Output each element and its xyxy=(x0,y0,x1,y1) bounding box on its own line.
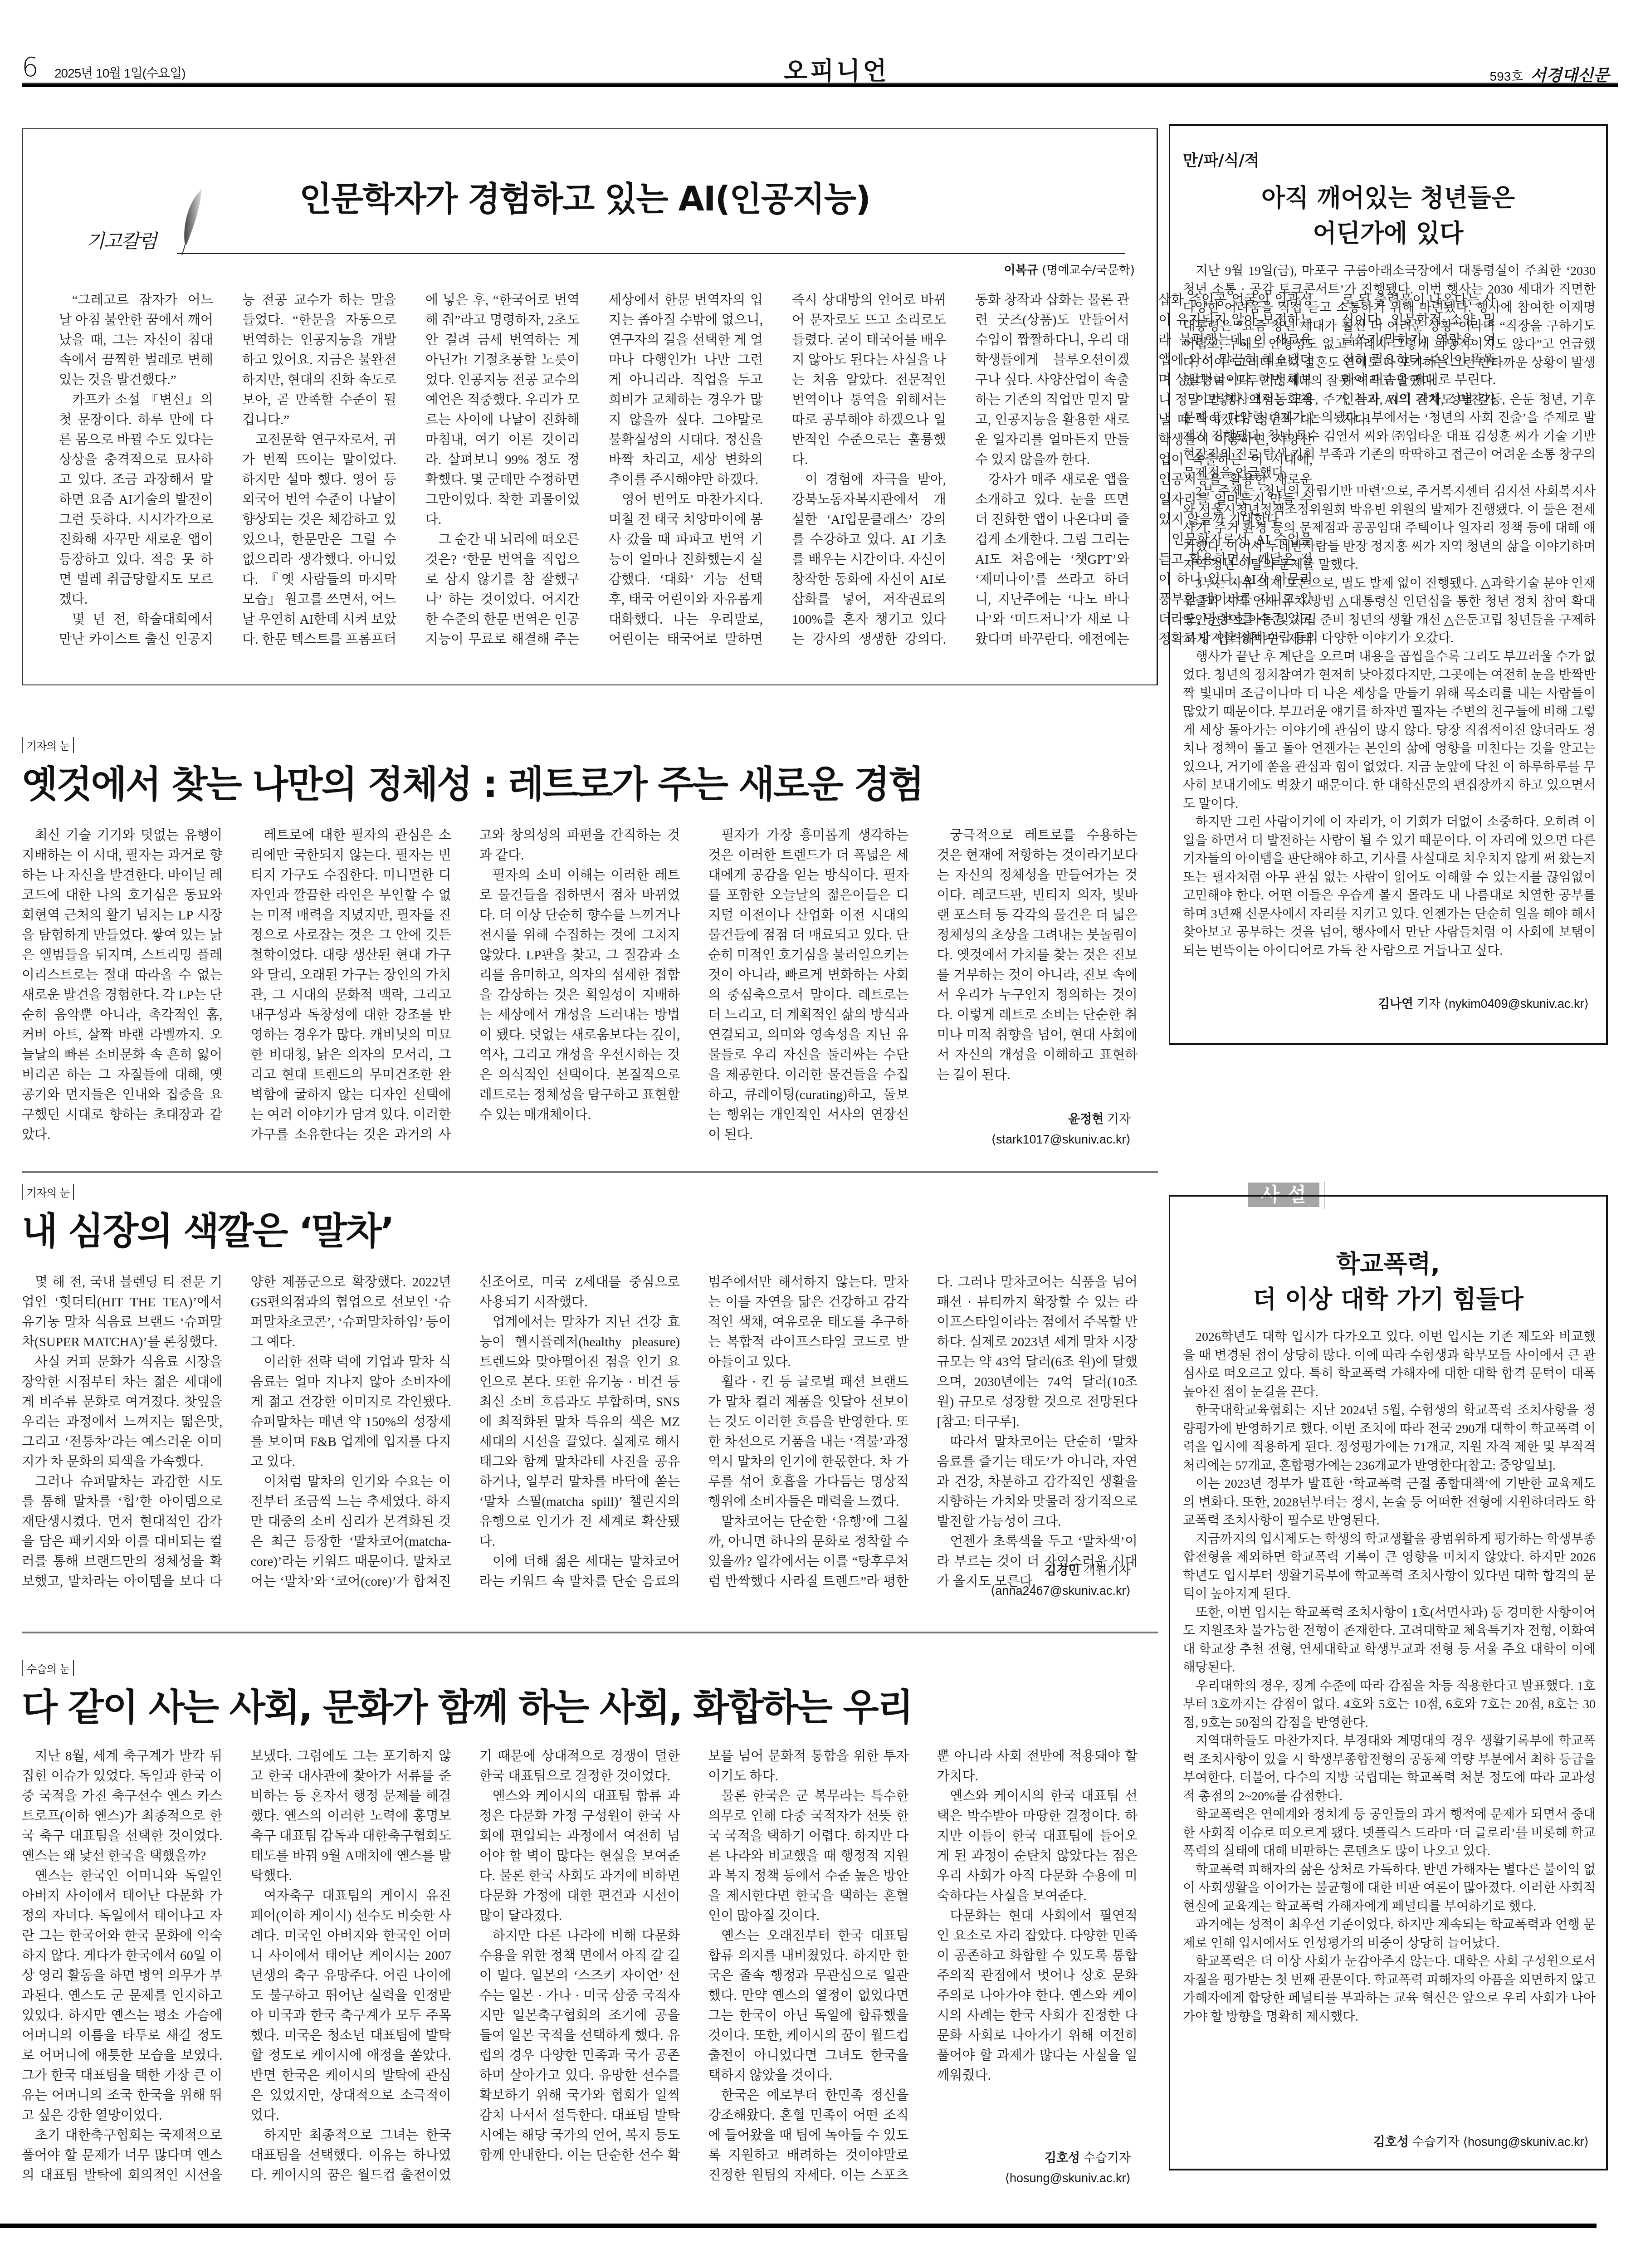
side-column-title: 아직 깨어있는 청년들은 어딘가에 있다 xyxy=(1170,181,1606,251)
side-column: 만/파/식/적 아직 깨어있는 청년들은 어딘가에 있다 지난 9월 19일(금… xyxy=(1169,124,1608,1045)
article-retro: 기자의 눈 옛것에서 찾는 나만의 정체성 : 레트로가 주는 새로운 경험 최… xyxy=(22,737,1158,1163)
author-email[interactable]: ⟨hosung@skuniv.ac.kr⟩ xyxy=(1463,2135,1589,2149)
paragraph: 옌스와 케이시의 대표팀 합류 과정은 다문화 가정 구성원이 한국 사회에 편… xyxy=(479,1786,680,1926)
paragraph: 다문화는 현대 사회에서 필연적인 요소로 자리 잡았다. 다양한 민족이 공존… xyxy=(937,1906,1138,2086)
newspaper-logo: 서경대신문 xyxy=(1530,66,1609,85)
paragraph: 궁극적으로 레트로를 수용하는 것은 현재에 저항하는 것이라기보다는 자신의 … xyxy=(937,826,1138,1085)
quill-feather-icon xyxy=(179,188,206,256)
author-name: 윤정현 xyxy=(1068,1112,1104,1126)
column-kicker: 기고칼럼 xyxy=(86,226,156,254)
editorial: 학교폭력, 더 이상 대학 가기 힘들다 2026학년도 대학 입시가 다가오고… xyxy=(1169,1195,1608,2170)
section-divider xyxy=(22,1632,1158,1633)
article-multicultural: 수습의 눈 다 같이 사는 사회, 문화가 함께 하는 사회, 화합하는 우리 … xyxy=(22,1660,1158,2214)
column-headline: 인문학자가 경험하고 있는 AI(인공지능) xyxy=(299,172,870,220)
paragraph: 지역대학들도 마찬가지다. 부경대와 계명대의 경우 생활기록부에 학교폭력 조… xyxy=(1183,1732,1596,1806)
author-role: 수습기자 xyxy=(1084,2151,1131,2165)
editorial-title: 학교폭력, 더 이상 대학 가기 힘들다 xyxy=(1170,1246,1606,1317)
author-role: 기자 xyxy=(1107,1112,1131,1126)
author-email[interactable]: ⟨anna2467@skuniv.ac.kr⟩ xyxy=(991,1584,1131,1598)
author-name: 김경민 xyxy=(1045,1564,1080,1578)
paragraph: 학교폭력은 더 이상 사회가 눈감아주지 않는다. 대학은 사회 구성원으로서 … xyxy=(1183,1953,1596,2026)
author-role: 수습기자 xyxy=(1412,2135,1460,2149)
paragraph: “그레고르 잠자가 어느 날 아침 불안한 꿈에서 깨어났을 때, 그는 자신이… xyxy=(59,290,213,390)
article-eyebrow: 수습의 눈 xyxy=(22,1660,74,1676)
section-title: 오피니언 xyxy=(784,52,889,87)
paragraph: 지금까지의 입시제도는 학생의 학교생활을 광범위하게 평가하는 학생부종합전형… xyxy=(1183,1530,1596,1604)
article-headline: 옛것에서 찾는 나만의 정체성 : 레트로가 주는 새로운 경험 xyxy=(22,762,1158,807)
paragraph: 옌스와 케이시의 한국 대표팀 선택은 박수받아 마땅한 결정이다. 하지만 이… xyxy=(937,1786,1138,1906)
author-name: 김나연 xyxy=(1378,997,1413,1011)
column-byline: 이복규 (명예교수/국문학) xyxy=(1004,261,1135,278)
paragraph: 여자축구 대표팀의 케이시 유진 페어(이하 케이시) 선수도 비슷한 사례다.… xyxy=(250,1886,451,2126)
issue-number: 593호 xyxy=(1490,69,1523,83)
article-eyebrow: 기자의 눈 xyxy=(22,1184,74,1200)
paragraph: 또한, 이번 입시는 학교폭력 조치사항이 1호(서면사과) 등 경미한 사항이… xyxy=(1183,1604,1596,1677)
article-headline: 내 심장의 색깔은 ‘말차’ xyxy=(22,1209,1158,1254)
author-name: 김호성 xyxy=(1045,2151,1080,2165)
editorial-body: 2026학년도 대학 입시가 다가오고 있다. 이번 입시는 기존 제도와 비교… xyxy=(1183,1328,1596,2026)
paragraph: 우리대학의 경우, 징계 수준에 따라 감점을 차등 적용한다고 발표했다. 1… xyxy=(1183,1677,1596,1733)
paragraph: 필자의 소비 이해는 이러한 레트로 물건들을 접하면서 점차 바뀌었다. 더 … xyxy=(479,865,680,1125)
author-name: 김호성 xyxy=(1373,2135,1409,2149)
paragraph: 2026학년도 대학 입시가 다가오고 있다. 이번 입시는 기존 제도와 비교… xyxy=(1183,1328,1596,1402)
paragraph: 최신 기술 기기와 덧없는 유행이 지배하는 이 시대, 필자는 과거로 향하는… xyxy=(22,826,222,1145)
paragraph: 과거에는 성적이 최우선 기준이었다. 하지만 계속되는 학교폭력과 언행 문제… xyxy=(1183,1916,1596,1953)
side-column-byline: 김나연 기자 ⟨nykim0409@skuniv.ac.kr⟩ xyxy=(1378,994,1589,1012)
author-name: 이복규 xyxy=(1004,264,1038,277)
headline-rule xyxy=(177,253,1125,254)
paragraph: 업계에서는 말차가 지닌 건강 효능이 헬시플레저(healthy pleasu… xyxy=(479,1312,680,1552)
paragraph: 학교폭력은 연예계와 정치계 등 공인들의 과거 행적에 문제가 되면서 중대한… xyxy=(1183,1806,1596,1861)
article-body: 지난 8월, 세계 축구계가 발칵 뒤집힌 이슈가 있었다. 독일과 한국 이중… xyxy=(22,1746,1138,2204)
page-number: 6 xyxy=(22,54,39,81)
paragraph: 옌스는 한국인 어머니와 독일인 아버지 사이에서 태어난 다문화 가정의 자녀… xyxy=(22,1866,222,2126)
title-line: 학교폭력, xyxy=(1336,1250,1440,1278)
paragraph: 학교폭력 피해자의 삶은 상처로 가득하다. 반면 가해자는 별다른 불이익 없… xyxy=(1183,1861,1596,1916)
paragraph: 이번 행사에서는 고용, 주거, 복지, 지역 격차, 성별 갈등, 은둔 청년… xyxy=(1183,391,1596,483)
paragraph: 옌스는 오래전부터 한국 대표팀 합류 의지를 내비쳤었다. 하지만 한국은 졸… xyxy=(708,1926,908,2086)
paragraph: 2부 주제는 ‘청년의 자립기반 마련’으로, 주거복지센터 김지선 사회복지사… xyxy=(1183,483,1596,575)
paragraph: 행사가 끝난 후 계단을 오르며 내용을 곱씹을수록 그리도 부끄러울 수가 없… xyxy=(1183,648,1596,814)
header-rule xyxy=(22,83,1618,87)
column-tag: 만/파/식/적 xyxy=(1183,148,1260,170)
editorial-byline: 김호성 수습기자 ⟨hosung@skuniv.ac.kr⟩ xyxy=(1373,2132,1589,2150)
title-line: 더 이상 대학 가기 힘들다 xyxy=(1253,1285,1523,1314)
issue-date: 2025년 10월 1일(수요일) xyxy=(54,64,186,82)
paragraph: 이러한 전략 덕에 기업과 말차 식음료는 얼마 지나지 않아 소비자에게 젊고… xyxy=(250,1352,451,1472)
article-body: 최신 기술 기기와 덧없는 유행이 지배하는 이 시대, 필자는 과거로 향하는… xyxy=(22,826,1138,1157)
paragraph: 카프카 소설 『변신』의 첫 문장이다. 하루 만에 다른 몸으로 바뀔 수도 … xyxy=(59,390,213,610)
article-body: 몇 해 전, 국내 블렌딩 티 전문 기업인 ‘힛더티(HIT THE TEA)… xyxy=(22,1272,1138,1608)
paragraph: 따라서 말차코어는 단순히 ‘말차 음료를 즐기는 태도’가 아니라, 자연과 … xyxy=(937,1432,1138,1532)
footer-rule xyxy=(0,2224,1597,2228)
author-role: 기자 xyxy=(1417,997,1440,1011)
author-role: 객원기자 xyxy=(1084,1564,1131,1577)
paragraph: 하지만 그런 사람이기에 이 자리가, 이 기회가 더없이 소중하다. 오히려 … xyxy=(1183,813,1596,960)
paragraph: 물론 한국은 군 복무라는 특수한 의무로 인해 다중 국적자가 선뜻 한국 국… xyxy=(708,1786,908,1926)
title-line: 어딘가에 있다 xyxy=(1313,219,1464,248)
paragraph: 3부는 자유 의제 토론으로, 별도 발제 없이 진행됐다. △과학기술 분야 … xyxy=(1183,575,1596,648)
paragraph: 지난 9월 19일(금), 마포구 구름아래소극장에서 대통령실이 주최한 ‘2… xyxy=(1183,262,1596,391)
column-body: “그레고르 잠자가 어느 날 아침 불안한 꿈에서 깨어났을 때, 그는 자신이… xyxy=(59,290,1129,662)
paragraph: 몇 해 전, 국내 블렌딩 티 전문 기업인 ‘힛더티(HIT THE TEA)… xyxy=(22,1272,222,1352)
title-line: 아직 깨어있는 청년들은 xyxy=(1261,184,1515,212)
paragraph: 필자가 가장 흥미롭게 생각하는 것은 이러한 트렌드가 더 폭넓은 세대에게 … xyxy=(708,826,908,1145)
article-byline: 김경민 객원기자 ⟨anna2467@skuniv.ac.kr⟩ xyxy=(991,1560,1131,1601)
author-title: (명예교수/국문학) xyxy=(1042,264,1135,277)
opinion-column: 기고칼럼 인문학자가 경험하고 있는 AI(인공지능) 이복규 (명예교수/국문… xyxy=(22,128,1158,685)
article-headline: 다 같이 사는 사회, 문화가 함께 하는 사회, 화합하는 우리 xyxy=(22,1685,1158,1730)
section-divider xyxy=(22,1171,1158,1173)
article-byline: 윤정현 기자 ⟨stark1017@skuniv.ac.kr⟩ xyxy=(991,1109,1131,1149)
side-column-body: 지난 9월 19일(금), 마포구 구름아래소극장에서 대통령실이 주최한 ‘2… xyxy=(1183,262,1596,960)
paragraph: 이는 2023년 정부가 발표한 ‘학교폭력 근절 종합대책’에 기반한 교육제… xyxy=(1183,1475,1596,1530)
author-email[interactable]: ⟨nykim0409@skuniv.ac.kr⟩ xyxy=(1444,997,1589,1011)
article-byline: 김호성 수습기자 ⟨hosung@skuniv.ac.kr⟩ xyxy=(1005,2148,1131,2188)
paragraph: 한국대학교육협회는 지난 2024년 5월, 수험생의 학교폭력 조치사항을 정… xyxy=(1183,1402,1596,1475)
author-email[interactable]: ⟨hosung@skuniv.ac.kr⟩ xyxy=(1005,2171,1131,2185)
paragraph: 지난 8월, 세계 축구계가 발칵 뒤집힌 이슈가 있었다. 독일과 한국 이중… xyxy=(22,1746,222,1866)
article-matcha: 기자의 눈 내 심장의 색깔은 ‘말차’ 몇 해 전, 국내 블렌딩 티 전문 … xyxy=(22,1184,1158,1615)
paragraph: 사실 커피 문화가 식음료 시장을 장악한 시점부터 차는 젊은 세대에게 비주… xyxy=(22,1352,222,1472)
paragraph: 휠라 · 킨 등 글로벌 패션 브랜드가 말차 컬러 제품을 잇달아 선보이는 … xyxy=(708,1372,908,1512)
author-email[interactable]: ⟨stark1017@skuniv.ac.kr⟩ xyxy=(991,1133,1131,1146)
article-eyebrow: 기자의 눈 xyxy=(22,737,74,753)
